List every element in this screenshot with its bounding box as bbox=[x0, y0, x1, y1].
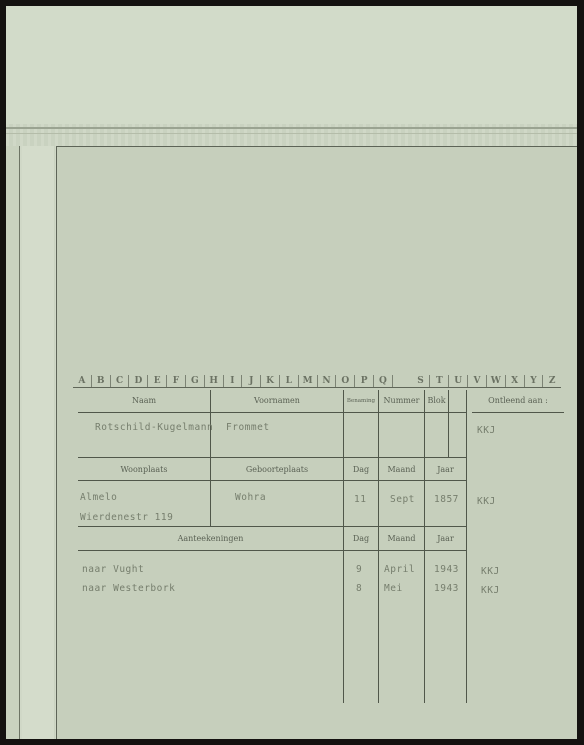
col-divider bbox=[210, 390, 211, 526]
woonplaats-value: Almelo bbox=[80, 492, 117, 503]
fold-line-secondary bbox=[6, 133, 577, 134]
alphabet-tab: V bbox=[468, 375, 487, 387]
alphabet-tab: K bbox=[261, 375, 280, 387]
header-ontleend-aan: Ontleend aan : bbox=[472, 396, 564, 405]
naam-value: Rotschild-Kugelmann bbox=[95, 422, 213, 433]
alphabet-tab: H bbox=[205, 375, 224, 387]
alphabet-tab: C bbox=[111, 375, 130, 387]
row-divider bbox=[78, 526, 466, 527]
col-divider bbox=[466, 390, 467, 703]
alphabet-tab: Y bbox=[525, 375, 544, 387]
alphabet-tab: Z bbox=[543, 375, 561, 387]
alphabet-tab: J bbox=[242, 375, 261, 387]
header-maand-notes: Maand bbox=[379, 534, 424, 543]
header-aanteekeningen: Aanteekeningen bbox=[78, 534, 343, 543]
birth-source: KKJ bbox=[477, 496, 496, 507]
alphabet-tab: E bbox=[148, 375, 167, 387]
alphabet-tab: Q bbox=[374, 375, 393, 387]
header-woonplaats: Woonplaats bbox=[78, 465, 210, 474]
alphabet-tab: B bbox=[92, 375, 111, 387]
note-1-day: 9 bbox=[356, 564, 362, 575]
header-naam: Naam bbox=[78, 396, 210, 405]
ontleend-aan-value: KKJ bbox=[477, 425, 496, 436]
voornamen-value: Frommet bbox=[226, 422, 270, 433]
note-1-year: 1943 bbox=[434, 564, 459, 575]
alphabet-tab: W bbox=[487, 375, 506, 387]
alphabet-tab: P bbox=[355, 375, 374, 387]
birth-month: Sept bbox=[390, 494, 415, 505]
row-divider bbox=[78, 457, 466, 458]
header-geboorteplaats: Geboorteplaats bbox=[211, 465, 343, 474]
left-card-edge bbox=[6, 146, 20, 739]
registration-card bbox=[56, 146, 577, 739]
scanned-document bbox=[6, 6, 577, 739]
alphabet-tab: F bbox=[167, 375, 186, 387]
header-nummer: Nummer bbox=[379, 396, 424, 405]
note-2-year: 1943 bbox=[434, 583, 459, 594]
note-2-source: KKJ bbox=[481, 585, 500, 596]
alphabet-tab: I bbox=[224, 375, 243, 387]
row-divider bbox=[78, 480, 466, 481]
alphabet-tab: L bbox=[280, 375, 299, 387]
alphabet-tab: M bbox=[299, 375, 318, 387]
row-divider bbox=[78, 412, 466, 413]
col-divider bbox=[378, 390, 379, 703]
left-margin-strip bbox=[22, 146, 54, 739]
top-sheet bbox=[6, 6, 577, 124]
alphabet-tab: O bbox=[336, 375, 355, 387]
note-1-month: April bbox=[384, 564, 415, 575]
woonplaats-address: Wierdenestr 119 bbox=[80, 512, 173, 523]
alphabet-tab: T bbox=[430, 375, 449, 387]
note-2-month: Mei bbox=[384, 583, 403, 594]
col-divider bbox=[424, 390, 425, 703]
header-benaming: Benaming bbox=[344, 398, 378, 404]
alphabet-index-tabs: ABCDEFGHIJKLMNOPQSTUVWXYZ bbox=[73, 374, 561, 388]
alphabet-tab: X bbox=[506, 375, 525, 387]
alphabet-tab: U bbox=[449, 375, 468, 387]
col-divider bbox=[448, 390, 449, 457]
note-1-text: naar Vught bbox=[82, 564, 144, 575]
alphabet-tab: D bbox=[129, 375, 148, 387]
fold-line bbox=[6, 127, 577, 129]
birth-day: 11 bbox=[354, 494, 366, 505]
header-voornamen: Voornamen bbox=[211, 396, 343, 405]
header-dag-notes: Dag bbox=[344, 534, 378, 543]
note-2-day: 8 bbox=[356, 583, 362, 594]
header-dag: Dag bbox=[344, 465, 378, 474]
alphabet-tab: G bbox=[186, 375, 205, 387]
header-blok: Blok bbox=[425, 396, 448, 405]
alphabet-tab: A bbox=[73, 375, 92, 387]
note-1-source: KKJ bbox=[481, 566, 500, 577]
geboorteplaats-value: Wohra bbox=[235, 492, 266, 503]
col-divider bbox=[343, 390, 344, 703]
alphabet-tab: N bbox=[318, 375, 337, 387]
header-jaar-notes: Jaar bbox=[425, 534, 466, 543]
note-2-text: naar Westerbork bbox=[82, 583, 175, 594]
header-jaar: Jaar bbox=[425, 465, 466, 474]
birth-year: 1857 bbox=[434, 494, 459, 505]
row-divider bbox=[472, 412, 564, 413]
row-divider bbox=[78, 550, 466, 551]
alphabet-tab: S bbox=[412, 375, 431, 387]
header-maand: Maand bbox=[379, 465, 424, 474]
